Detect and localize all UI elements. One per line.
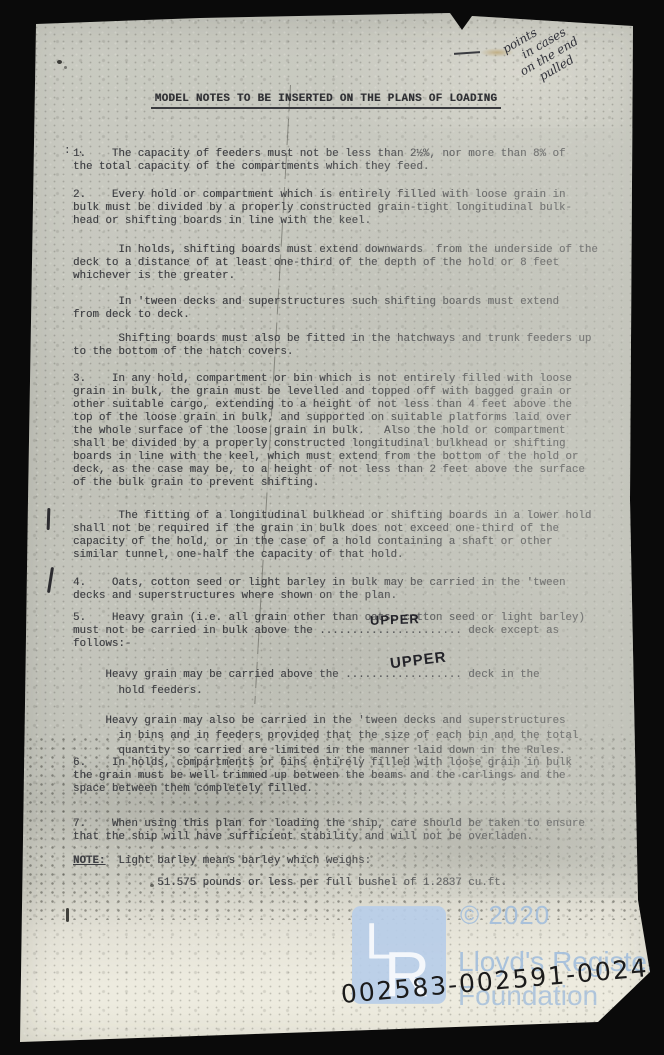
typed-paragraph: 5. Heavy grain (i.e. all grain other tha… [73,612,585,651]
document-title: MODEL NOTES TO BE INSERTED ON THE PLANS … [14,88,638,109]
typed-paragraph: Shifting boards must also be fitted in t… [73,333,591,359]
typed-paragraph: NOTE: Light barley means barley which we… [73,855,371,868]
typed-paragraph: 7. When using this plan for loading the … [73,818,585,844]
ink-speck [150,884,154,887]
document-title-text: MODEL NOTES TO BE INSERTED ON THE PLANS … [151,93,502,109]
margin-pen-mark [47,567,54,593]
typed-paragraph: 1. The capacity of feeders must not be l… [73,148,565,174]
ink-speck [57,60,62,64]
typed-paragraph: The fitting of a longitudinal bulkhead o… [73,510,591,562]
typed-paragraph: In 'tween decks and superstructures such… [73,296,559,322]
handwritten-upper-annotation: UPPER [370,611,420,628]
scan-background: MODEL NOTES TO BE INSERTED ON THE PLANS … [0,0,664,1055]
archive-reference-number: 002583-002591-0024 [340,953,650,1009]
ink-speck [64,66,67,69]
ink-speck [66,908,69,922]
typed-paragraph: Heavy grain may also be carried in the '… [73,714,578,759]
typed-paragraph: 3. In any hold, compartment or bin which… [73,373,585,490]
typed-paragraph: Heavy grain may be carried above the ...… [73,667,540,699]
typed-paragraph: 4. Oats, cotton seed or light barley in … [73,577,565,603]
typed-paragraph: 2. Every hold or compartment which is en… [73,189,572,228]
pen-dash-mark [454,51,480,55]
handwritten-corner-note: pointsin caseson the endpulled [500,0,632,92]
typed-paragraph: In holds, shifting boards must extend do… [73,244,598,283]
typed-paragraph: 6. In holds, compartments or bins entire… [73,757,572,796]
typed-paragraph: 51.575 pounds or less per full bushel of… [73,877,507,890]
margin-colon-mark: : . [64,148,84,155]
margin-pen-mark [47,508,51,530]
document-page: MODEL NOTES TO BE INSERTED ON THE PLANS … [14,10,658,1050]
logo-letter-l: L [365,913,393,970]
watermark-copyright: © 2020 [460,900,550,931]
